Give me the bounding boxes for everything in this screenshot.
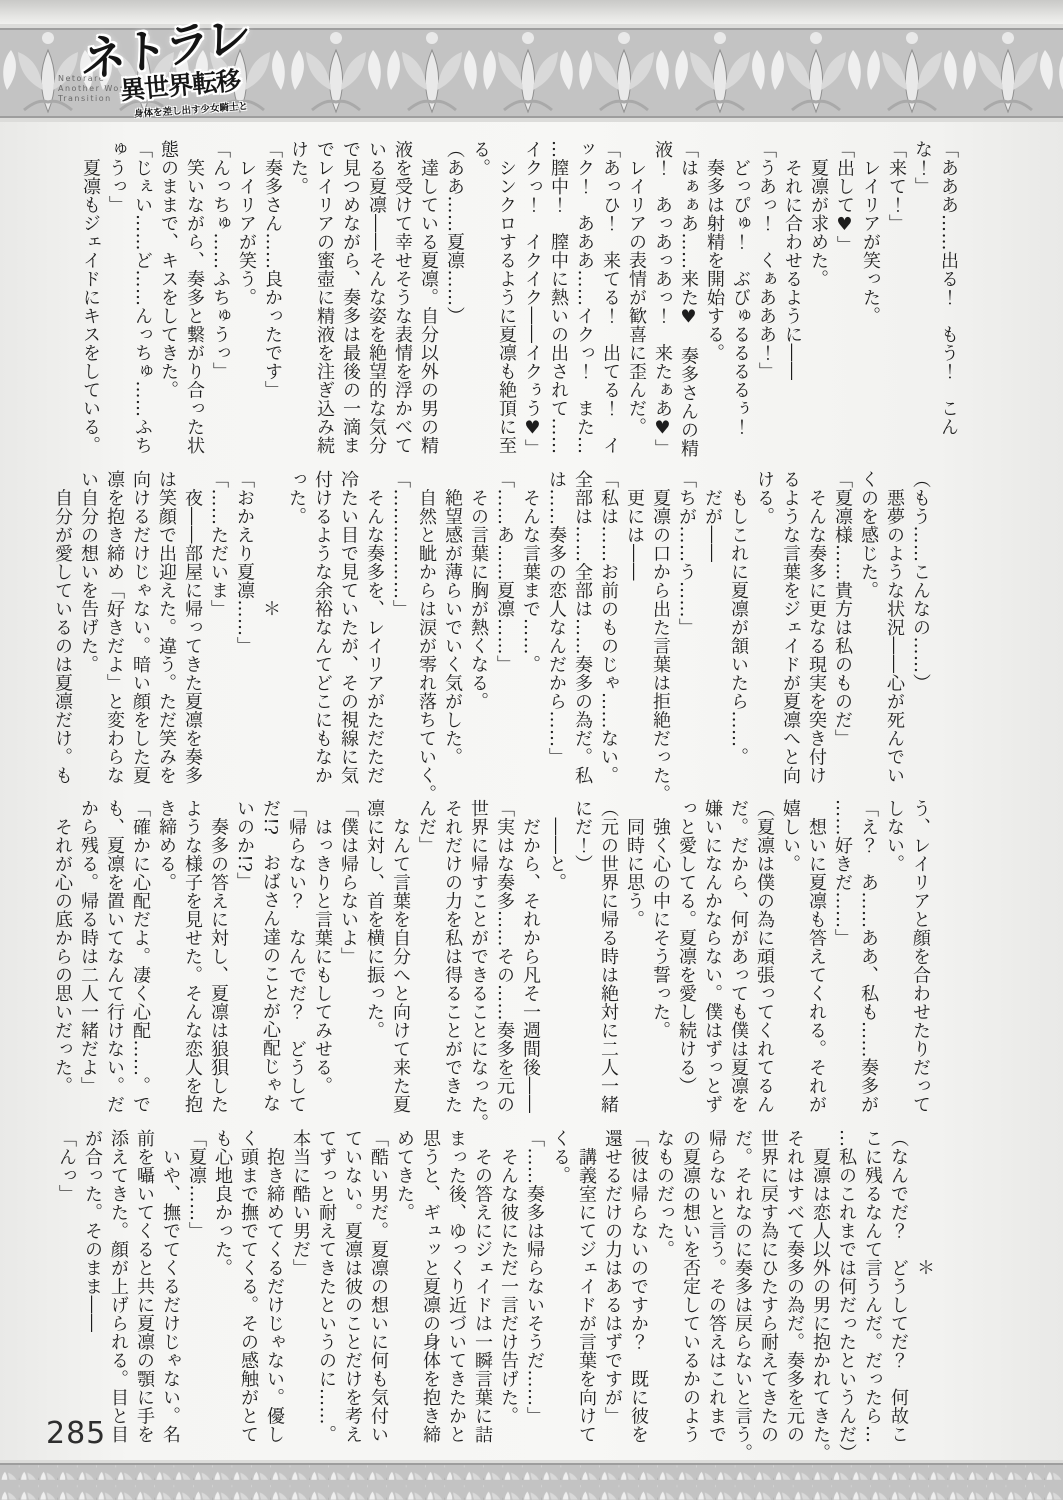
text-column: 液！ あっあっあっ！ 来たぁあ♥」 [649,140,675,478]
text-column: ＊ [257,470,283,808]
text-column: だ!? おばさん達のことが心配じゃな [257,799,283,1137]
ornamental-border-bottom [0,1460,1063,1500]
text-column: 嫌いになんかならない。僕はずっとず [699,799,725,1137]
text-column: その答えにジェイドは一瞬言葉に詰 [469,1129,495,1467]
text-block-4: ＊（なんでだ？ どうしてだ？ 何故ここに残るなんて言うんだ。だったら……私のこれ… [53,1129,937,1467]
text-column: ――と。 [543,799,569,1137]
text-column: 「彼は帰らないのですか？ 既に彼を [625,1129,651,1467]
text-column: 「確かに心配だよ。凄く心配……。で [127,799,153,1137]
text-column: 夏凛の口から出た言葉は拒絶だった。 [647,470,673,808]
text-column: そんな言葉まで……。 [517,470,543,808]
text-column: 「……あ……夏凛……」 [491,470,517,808]
text-column: 向けるだけじゃない。暗い顔をした夏 [127,470,153,808]
text-column: 奏多は射精を開始する。 [701,140,727,478]
text-column: 夏凛は恋人以外の男に抱かれてきた。 [807,1129,833,1467]
text-column: なものだった。 [651,1129,677,1467]
text-column: はっきりと言葉にもしてみせる。 [309,799,335,1137]
text-column: 夜――部屋に帰ってきた夏凛を奏多 [179,470,205,808]
text-column: いや、撫でてくるだけじゃない。名 [157,1129,183,1467]
text-column: な！」 [909,140,935,478]
text-column: そんな奏多を、レイリアがただただ [361,470,387,808]
text-column: 「おかえり夏凛……」 [231,470,257,808]
text-column: もしこれに夏凛が頷いたら……。 [725,470,751,808]
text-column: 「んっちゅ……ふちゅうっ」 [207,140,233,478]
text-column: なんて言葉を自分へと向けて来た夏 [387,799,413,1137]
text-column: にだ！） [569,799,595,1137]
text-column: 絶望感が薄らいでいく気がした。 [439,470,465,808]
text-column: めてきた。 [391,1129,417,1467]
text-column: 「え？ あ……ああ、私も……奏多が [855,799,881,1137]
text-column: 想いに夏凛も答えてくれる。それが [803,799,829,1137]
text-column: …私のこれまでは何だったというんだ） [833,1129,859,1467]
text-column: そんな奏多に更なる現実を突き付け [803,470,829,808]
text-column: 凛を抱き締め「好きだよ」と変わらな [101,470,127,808]
text-column: でレイリアの蜜壺に精液を注ぎ込み続 [311,140,337,478]
text-column: 夏凛が求めた。 [805,140,831,478]
text-block-2: （もう……こんなの……） 悪夢のような状況――心が死んでいくのを感じた。「夏凛様… [49,470,933,808]
text-column: 「……ただいま」 [205,470,231,808]
text-block-3: う、レイリアと顔を合わせたりだってしない。「え？ あ……ああ、私も……奏多が……… [49,799,933,1137]
text-column: （ああ……夏凛……） [441,140,467,478]
text-column: 達している夏凛。自分以外の男の精 [415,140,441,478]
text-column: 還せるだけの力はあるはずですが」 [599,1129,625,1467]
text-column: だ。それなのに奏多は戻らないと言う。 [729,1129,755,1467]
text-column: 笑いながら、奏多と繋がり合った状 [181,140,207,478]
text-column: 「あああ……出る！ もう！ こん [935,140,961,478]
text-column: まった後、ゆっくり近づいてきたかと [443,1129,469,1467]
text-column: ゅうっ」 [103,140,129,478]
text-column: 夏凛もジェイドにキスをしている。 [77,140,103,478]
text-column: ける。 [751,470,777,808]
text-column: 同時に思う。 [621,799,647,1137]
text-column: から残る。帰る時は二人一緒だよ」 [75,799,101,1137]
text-column: 「酷い男だ。夏凛の想いに何も気付い [365,1129,391,1467]
text-column: ような様子を見せた。そんな恋人を抱 [179,799,205,1137]
text-column: 「私は……お前のものじゃ……ない。 [595,470,621,808]
text-column: 「出して♥」 [831,140,857,478]
text-column: それはすべて奏多の為だ。奏多を元の [781,1129,807,1467]
text-column: 「じぇい……ど……んっちゅ……ふち [129,140,155,478]
text-column: 本当に酷い男だ」 [287,1129,313,1467]
text-column: それに合わせるように―― [779,140,805,478]
text-column: その言葉に胸が熱くなる。 [465,470,491,808]
text-column: くる。 [547,1129,573,1467]
text-column: …膣中！ 膣中に熱いの出されて…… [545,140,571,478]
text-column: 「僕は帰らないよ」 [335,799,361,1137]
text-column: う、レイリアと顔を合わせたりだって [907,799,933,1137]
text-column: くのを感じた。 [855,470,881,808]
text-column: る。 [467,140,493,478]
text-column: 「うあっ！ くぁあああ！」 [753,140,779,478]
text-column: 添えてきた。顔が上げられる。目と目 [105,1129,131,1467]
text-column: 「夏凛様……貴方は私のものだ」 [829,470,855,808]
text-column: ……好きだ……」 [829,799,855,1137]
text-column: は笑顔で出迎えた。違う。ただ笑みを [153,470,179,808]
text-column: いのか!?」 [231,799,257,1137]
text-column: イクっ！ イクイク――イクぅう♥」 [519,140,545,478]
text-column: それだけの力を私は得ることができた [439,799,465,1137]
text-column: てずっと耐えてきたというのに……。 [313,1129,339,1467]
text-column: った。 [283,470,309,808]
text-column: それが心の底からの思いだった。 [49,799,75,1137]
text-column: けた。 [285,140,311,478]
book-page: Netorare Another World Transition ネトラレ 異… [0,0,1063,1500]
text-column: ていない。夏凛は彼のことだけを考え [339,1129,365,1467]
text-column: だが―― [699,470,725,808]
text-column: の夏凛の想いを否定しているかのよう [677,1129,703,1467]
text-column: 「実はな奏多……その……奏多を元の [491,799,517,1137]
text-column: 「はぁぁあ……来た♥ 奏多さんの精 [675,140,701,478]
text-column: 更には―― [621,470,647,808]
text-column: ック！ あああ……イクっ！ また… [571,140,597,478]
text-column: 世界に帰すことができることになった。 [465,799,491,1137]
text-column: だから、それから凡そ一週間後―― [517,799,543,1137]
page-number: 285 [46,1416,106,1451]
text-column: どっぴゅ！ ぶびゅるるるるぅ！ [727,140,753,478]
text-column: は……奏多の恋人なんだから……」 [543,470,569,808]
text-column: 世界に戻す為にひたすら耐えてきたの [755,1129,781,1467]
text-column: 強く心の中にそう誓った。 [647,799,673,1137]
text-column: 「来て！」 [883,140,909,478]
text-column: 「ちが……う……」 [673,470,699,808]
text-column: 思うと、ギュッと夏凛の身体を抱き締 [417,1129,443,1467]
text-column: 全部は……全部は……奏多の為だ。私 [569,470,595,808]
text-column: く頭まで撫でてくる。その感触がとて [235,1129,261,1467]
text-column: も心地良かった。 [209,1129,235,1467]
text-column: 帰らないと言う。その答えはこれまで [703,1129,729,1467]
text-column: そんな彼にただ一言だけ告げた。 [495,1129,521,1467]
text-column: レイリアが笑った。 [857,140,883,478]
text-column: 講義室にてジェイドが言葉を向けて [573,1129,599,1467]
text-column: （もう……こんなの……） [907,470,933,808]
text-column: 「帰らない？ なんでだ？ どうして [283,799,309,1137]
text-column: 奏多の答えに対し、夏凛は狼狽した [205,799,231,1137]
text-column: も、夏凛を置いてなんて行けない。だ [101,799,127,1137]
text-column: んだ」 [413,799,439,1137]
text-block-1: 「あああ……出る！ もう！ こんな！」「来て！」 レイリアが笑った。「出して♥」… [77,140,961,478]
text-column: ＊ [911,1129,937,1467]
text-column: 自分が愛しているのは夏凛だけ。も [49,470,75,808]
text-column: だ。だから、何があっても僕は夏凛を [725,799,751,1137]
text-column: （元の世界に帰る時は絶対に二人一緒 [595,799,621,1137]
text-column: （夏凛は僕の為に頑張ってくれてるん [751,799,777,1137]
text-column: （なんでだ？ どうしてだ？ 何故こ [885,1129,911,1467]
text-column: 悪夢のような状況――心が死んでい [881,470,907,808]
text-column: 抱き締めてくるだけじゃない。優し [261,1129,287,1467]
text-column: 液を受けて幸せそうな表情を浮かべて [389,140,415,478]
text-column: こに残るなんて言うんだ。だったら… [859,1129,885,1467]
text-column: 「あっひ！ 来てる！ 出てる！ イ [597,140,623,478]
text-column: レイリアの表情が歓喜に歪んだ。 [623,140,649,478]
text-column: 前を囁いてくると共に夏凛の顎に手を [131,1129,157,1467]
text-column: 態のままで、キスをしてきた。 [155,140,181,478]
series-logo: Netorare Another World Transition ネトラレ 異… [56,10,286,128]
text-column: レイリアが笑う。 [233,140,259,478]
text-column: き締める。 [153,799,179,1137]
text-column: 「夏凛……」 [183,1129,209,1467]
text-column: っと愛してる。夏凛を愛し続ける） [673,799,699,1137]
text-column: 嬉しい。 [777,799,803,1137]
text-column: 「奏多さん……良かったです」 [259,140,285,478]
text-column: 自然と眦からは涙が零れ落ちていく。 [413,470,439,808]
text-column: で見つめながら、奏多は最後の一滴ま [337,140,363,478]
text-column: 付けるような余裕なんてどこにもなか [309,470,335,808]
text-column: シンクロするように夏凛も絶頂に至 [493,140,519,478]
text-column: 冷たい目で見ていたが、その視線に気 [335,470,361,808]
text-column: い自分の想いを告げた。 [75,470,101,808]
text-column: 「……奏多は帰らないそうだ……」 [521,1129,547,1467]
text-column: 「………………」 [387,470,413,808]
text-column: 凛に対し、首を横に振った。 [361,799,387,1137]
text-column: いる夏凛――そんな姿を絶望的な気分 [363,140,389,478]
text-column: るような言葉をジェイドが夏凛へと向 [777,470,803,808]
text-column: しない。 [881,799,907,1137]
